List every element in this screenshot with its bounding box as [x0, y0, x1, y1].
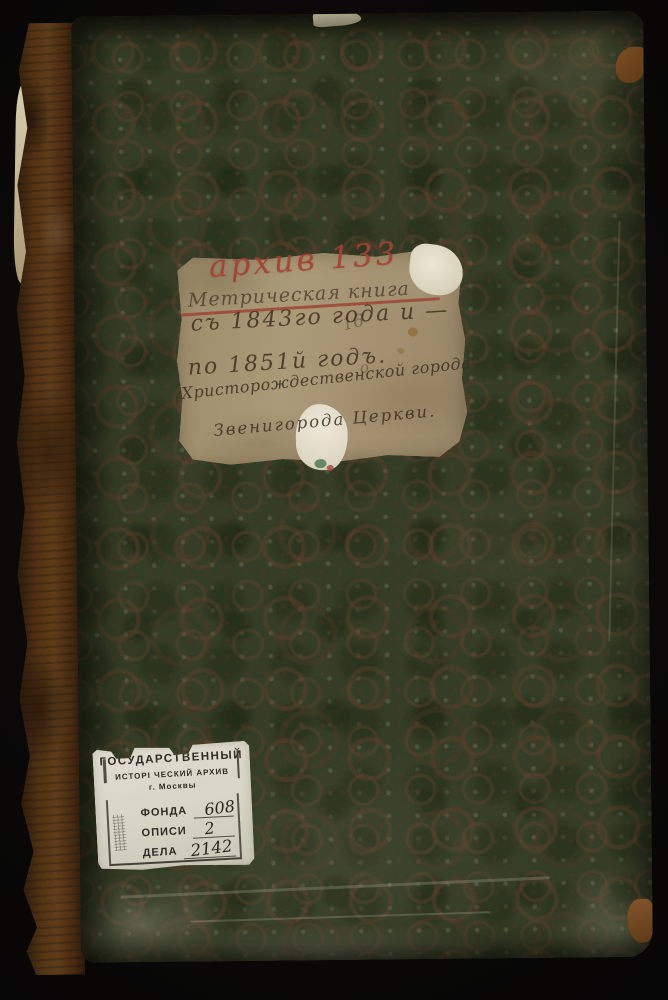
book: архив 133 Метрическая книга съ 1843го го… [9, 11, 653, 976]
label-green-stain [314, 459, 326, 468]
title-label: архив 133 Метрическая книга съ 1843го го… [173, 248, 469, 466]
stamp-field-delo: ДЕЛА 2142 [142, 837, 236, 862]
stamp-field-value-handwritten: 2142 [190, 836, 234, 860]
cover-fold-line [608, 221, 620, 641]
stamp-field-value-handwritten: 2 [203, 818, 215, 838]
leather-corner-bottom-right [627, 899, 653, 943]
cover-top-edge-tear [313, 11, 362, 28]
stamp-field-label: ДЕЛА [142, 846, 178, 862]
cover-scuff-line [190, 911, 490, 922]
leather-corner-top-right [615, 47, 645, 83]
archive-stamp: ГОСУДАРСТВЕННЫЙ ИСТОРІ ЧЕСКИЙ АРХИВ г. М… [92, 741, 255, 873]
cover-scuff-line [120, 876, 550, 899]
photo-stage: архив 133 Метрическая книга съ 1843го го… [0, 0, 668, 1000]
stamp-fields-box: ФОНДА 608 ОПИСИ 2 ДЕЛА 2142 [106, 793, 242, 866]
stamp-field-underline: 2142 [183, 836, 236, 860]
